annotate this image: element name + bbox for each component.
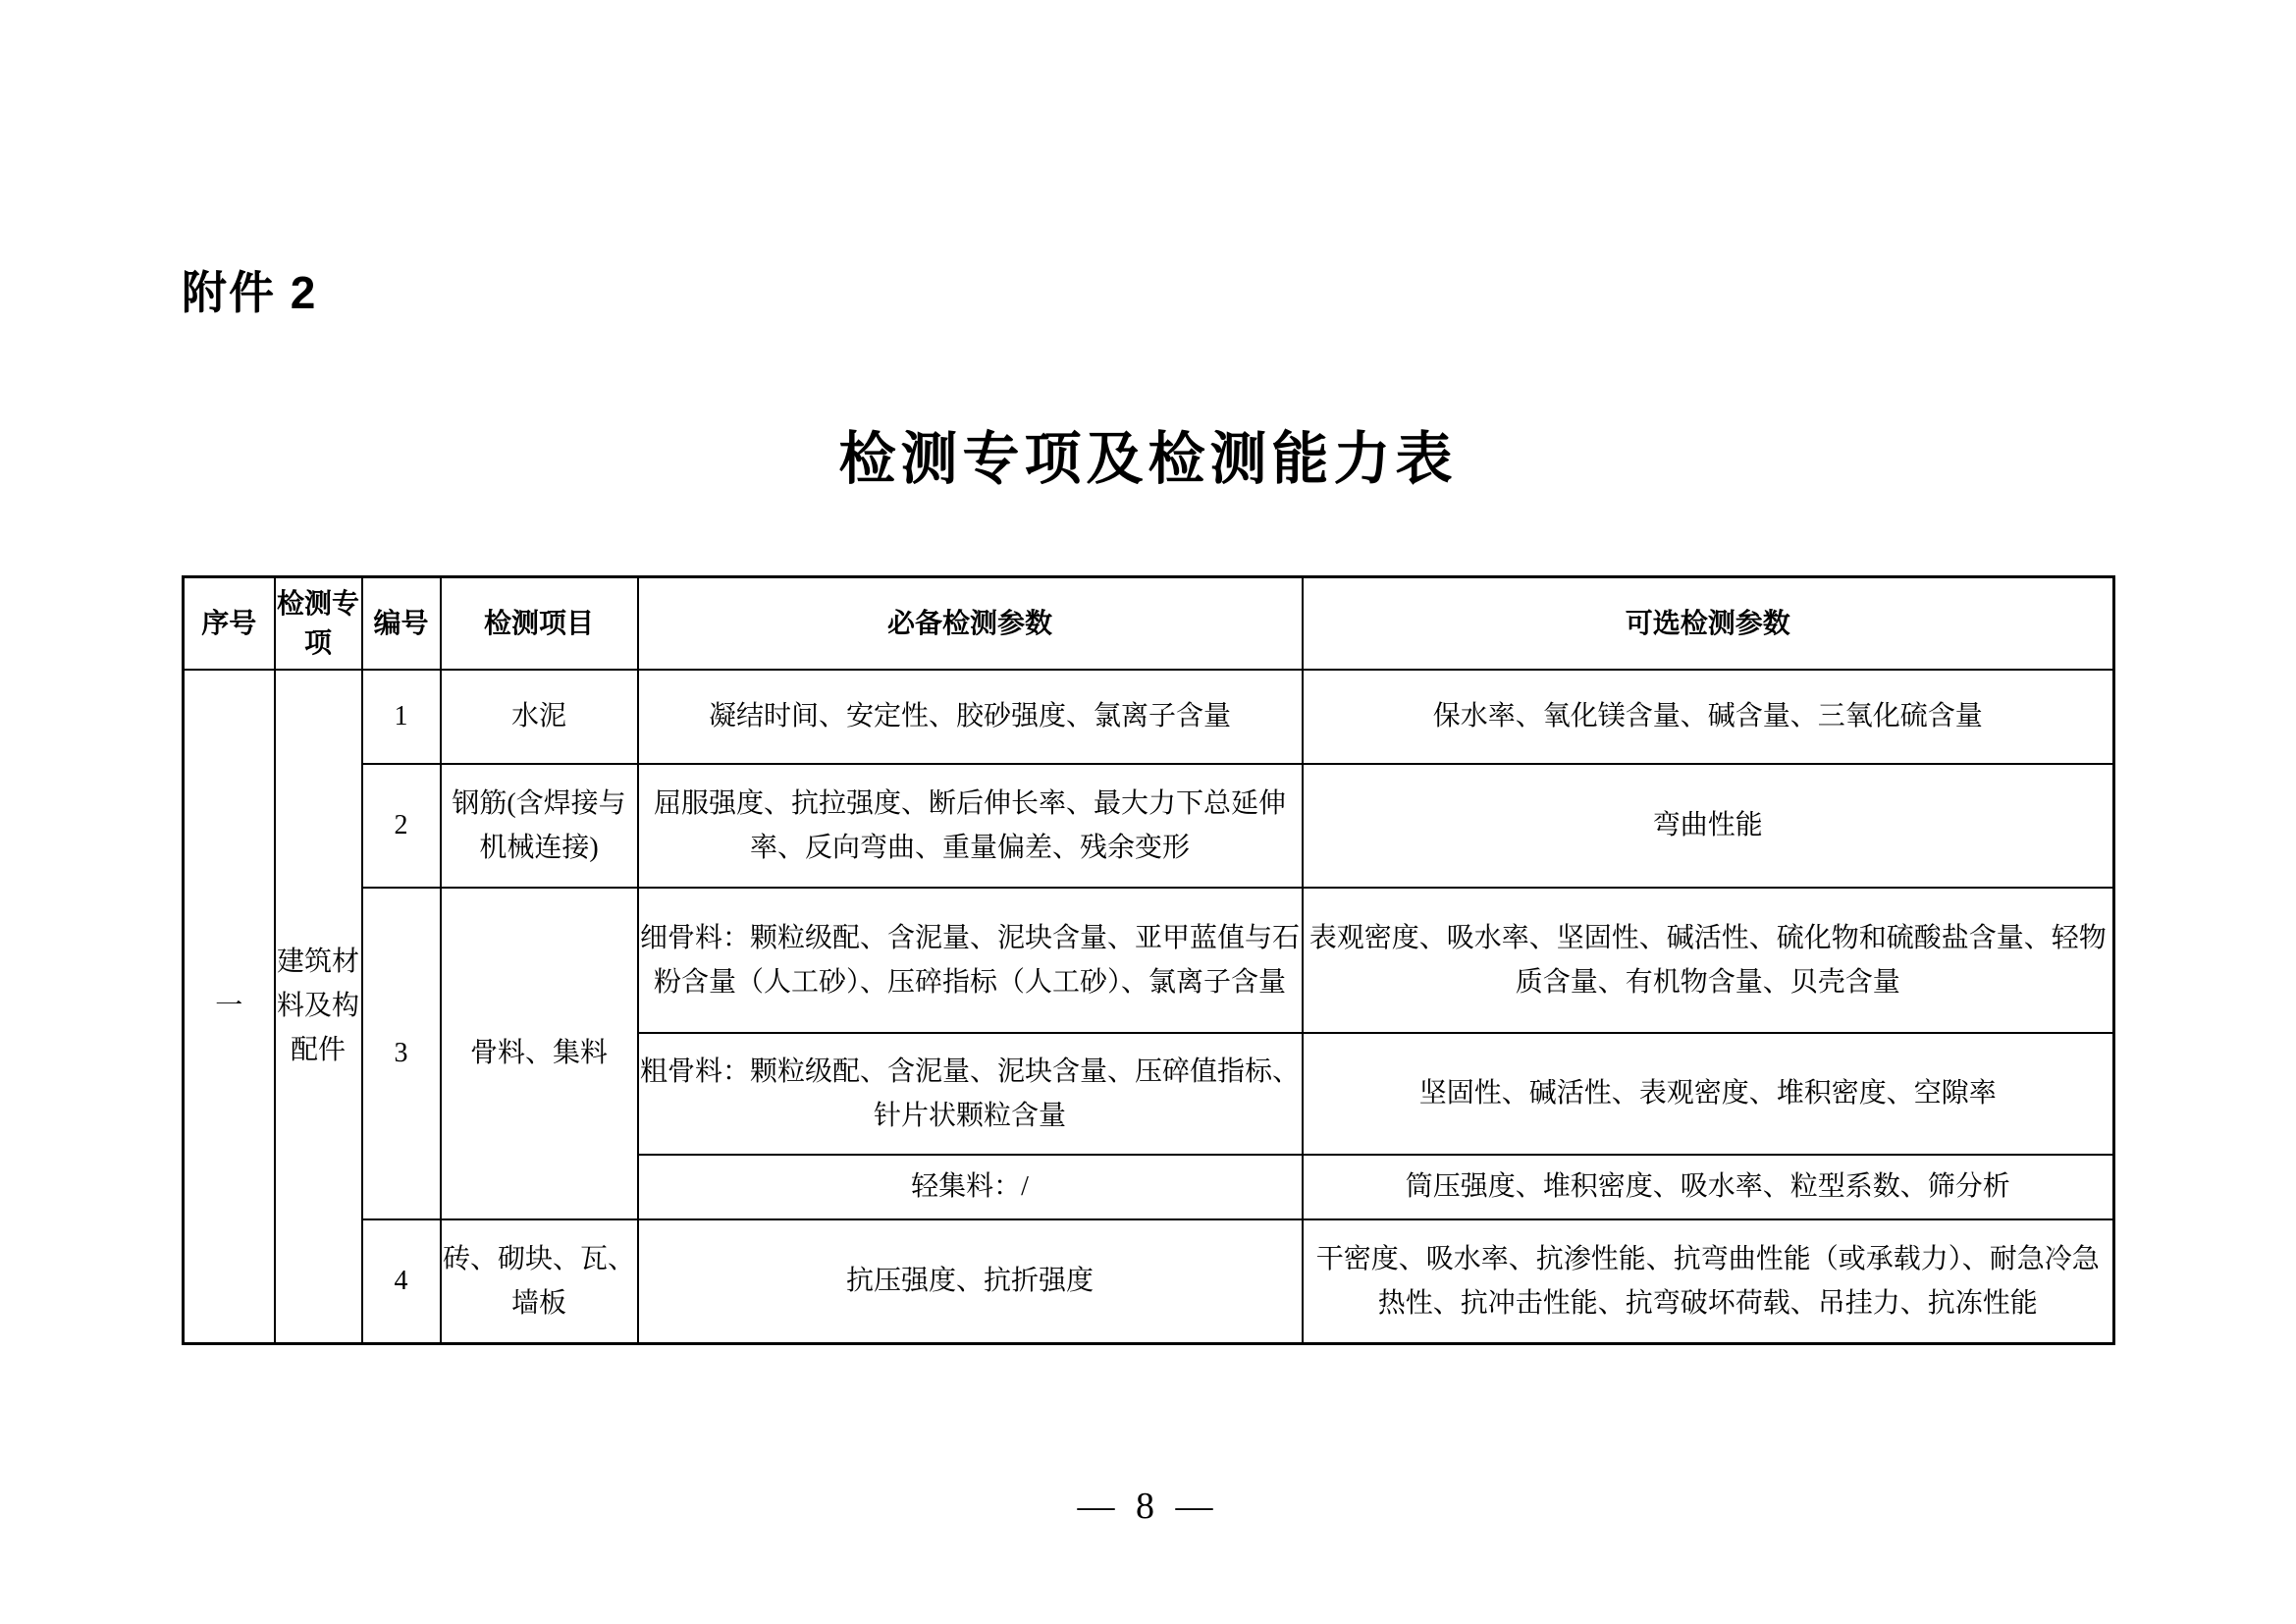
- cell-aggregate-coarse-optional: 坚固性、碱活性、表观密度、堆积密度、空隙率: [1303, 1033, 2114, 1155]
- cell-aggregate-fine-optional: 表观密度、吸水率、坚固性、碱活性、硫化物和硫酸盐含量、轻物质含量、有机物含量、贝…: [1303, 888, 2114, 1033]
- header-index: 序号: [184, 577, 275, 670]
- header-item: 检测项目: [441, 577, 638, 670]
- cell-brick-item: 砖、砌块、瓦、墙板: [441, 1219, 638, 1344]
- header-specialty: 检测专项: [275, 577, 362, 670]
- table-row-aggregate-fine: 3 骨料、集料 细骨料：颗粒级配、含泥量、泥块含量、亚甲蓝值与石粉含量（人工砂）…: [184, 888, 2114, 1033]
- page-title: 检测专项及检测能力表: [0, 412, 2296, 495]
- cell-cement-required: 凝结时间、安定性、胶砂强度、氯离子含量: [638, 670, 1303, 764]
- document-page: 附件 2 检测专项及检测能力表 序号 检测专项 编号 检测项目 必备检测参数 可…: [0, 0, 2296, 1624]
- cell-cement-optional: 保水率、氧化镁含量、碱含量、三氧化硫含量: [1303, 670, 2114, 764]
- cell-cement-number: 1: [362, 670, 441, 764]
- cell-brick-number: 4: [362, 1219, 441, 1344]
- cell-brick-optional: 干密度、吸水率、抗渗性能、抗弯曲性能（或承载力）、耐急冷急热性、抗冲击性能、抗弯…: [1303, 1219, 2114, 1344]
- cell-aggregate-light-optional: 筒压强度、堆积密度、吸水率、粒型系数、筛分析: [1303, 1155, 2114, 1219]
- cell-rebar-item: 钢筋(含焊接与机械连接): [441, 764, 638, 888]
- table-row-rebar: 2 钢筋(含焊接与机械连接) 屈服强度、抗拉强度、断后伸长率、最大力下总延伸率、…: [184, 764, 2114, 888]
- cell-rebar-number: 2: [362, 764, 441, 888]
- header-optional-params: 可选检测参数: [1303, 577, 2114, 670]
- cell-group-index: 一: [184, 670, 275, 1344]
- cell-aggregate-fine-required: 细骨料：颗粒级配、含泥量、泥块含量、亚甲蓝值与石粉含量（人工砂）、压碎指标（人工…: [638, 888, 1303, 1033]
- cell-brick-required: 抗压强度、抗折强度: [638, 1219, 1303, 1344]
- attachment-label: 附件 2: [182, 257, 317, 322]
- cell-aggregate-coarse-required: 粗骨料：颗粒级配、含泥量、泥块含量、压碎值指标、针片状颗粒含量: [638, 1033, 1303, 1155]
- cell-aggregate-number: 3: [362, 888, 441, 1219]
- cell-cement-item: 水泥: [441, 670, 638, 764]
- cell-rebar-required: 屈服强度、抗拉强度、断后伸长率、最大力下总延伸率、反向弯曲、重量偏差、残余变形: [638, 764, 1303, 888]
- page-number: — 8 —: [0, 1485, 2296, 1528]
- cell-aggregate-item: 骨料、集料: [441, 888, 638, 1219]
- capability-table: 序号 检测专项 编号 检测项目 必备检测参数 可选检测参数 一 建筑材料及构配件…: [182, 575, 2115, 1345]
- cell-rebar-optional: 弯曲性能: [1303, 764, 2114, 888]
- table-header-row: 序号 检测专项 编号 检测项目 必备检测参数 可选检测参数: [184, 577, 2114, 670]
- cell-group-specialty: 建筑材料及构配件: [275, 670, 362, 1344]
- cell-aggregate-light-required: 轻集料：/: [638, 1155, 1303, 1219]
- table-row-brick: 4 砖、砌块、瓦、墙板 抗压强度、抗折强度 干密度、吸水率、抗渗性能、抗弯曲性能…: [184, 1219, 2114, 1344]
- header-required-params: 必备检测参数: [638, 577, 1303, 670]
- header-number: 编号: [362, 577, 441, 670]
- table-row-cement: 一 建筑材料及构配件 1 水泥 凝结时间、安定性、胶砂强度、氯离子含量 保水率、…: [184, 670, 2114, 764]
